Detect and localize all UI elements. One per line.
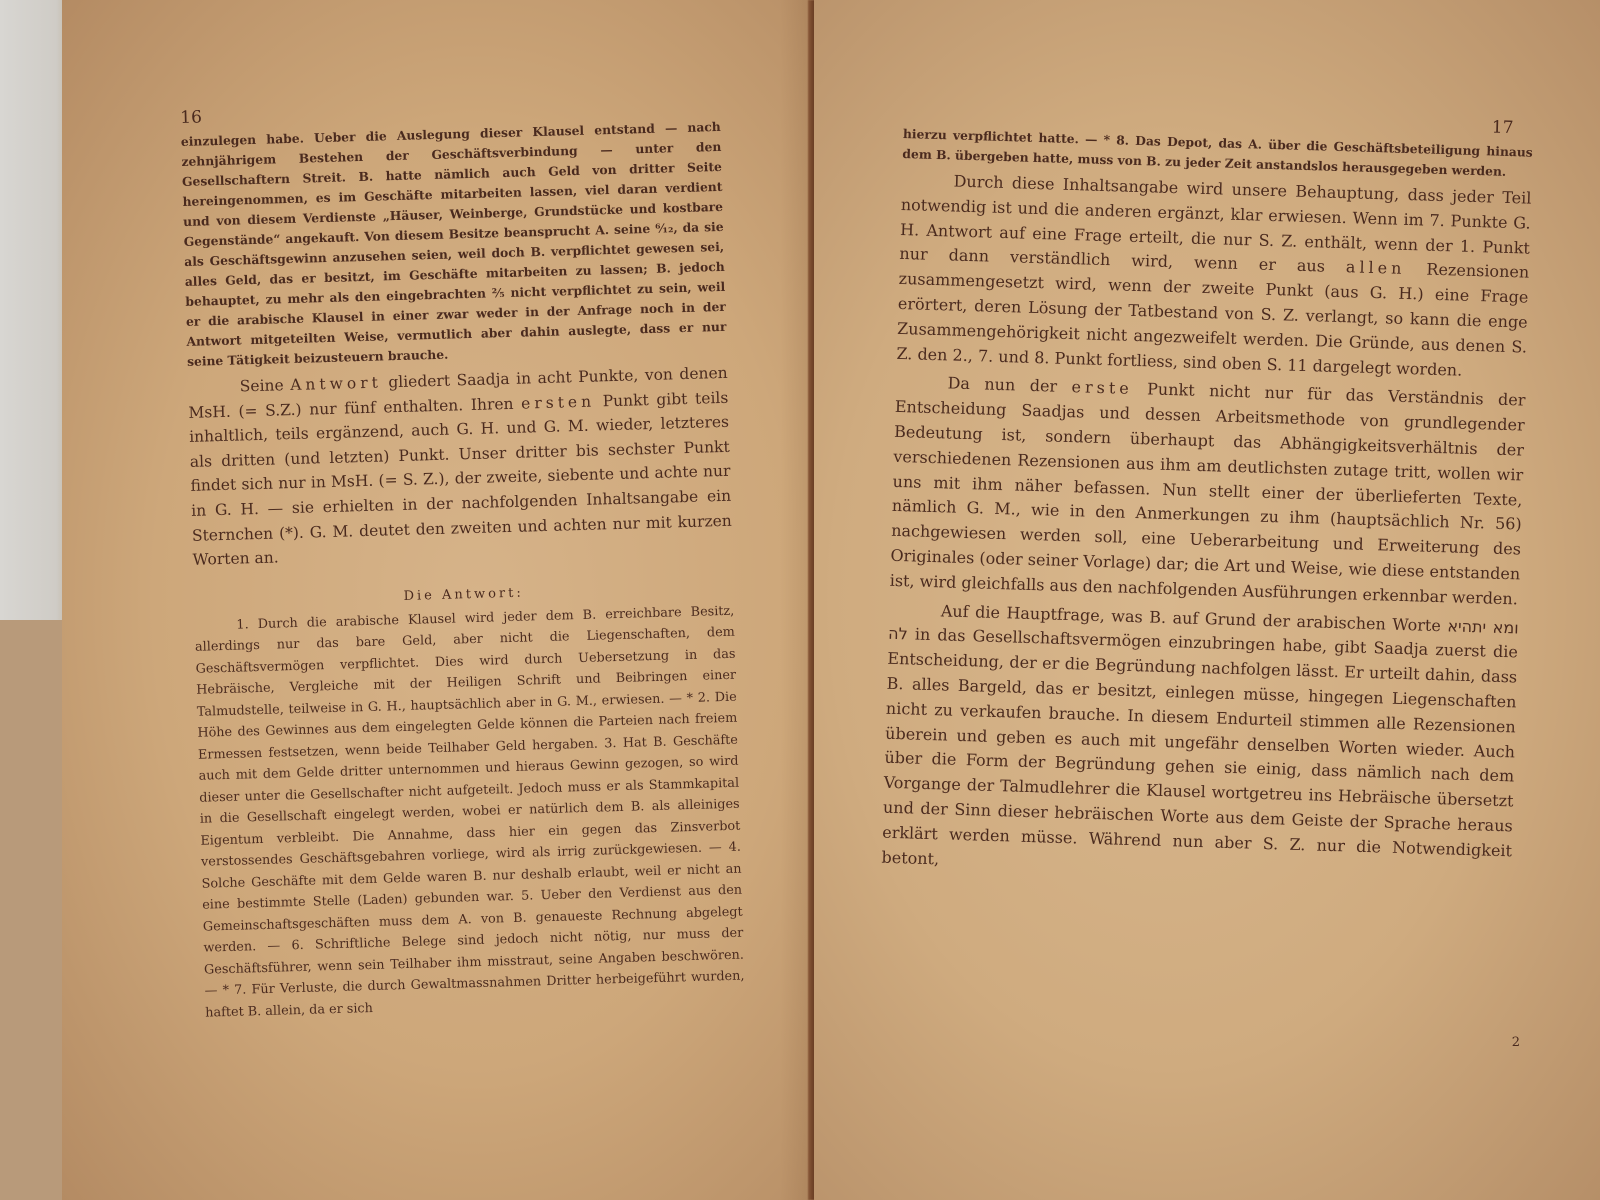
body-paragraph: Seine Antwort gliedert Saadja in acht Pu… [187, 361, 732, 573]
answer-summary: 1. Durch die arabische Klausel wird jede… [194, 600, 745, 1023]
left-page: 16 einzulegen habe. Ueber die Auslegung … [62, 0, 814, 1200]
continuation-paragraph: einzulegen habe. Ueber die Auslegung die… [181, 117, 727, 372]
body-paragraph: Durch diese Inhaltsangabe wird unsere Be… [896, 168, 1532, 385]
left-page-text: 16 einzulegen habe. Ueber die Auslegung … [180, 93, 745, 1024]
body-paragraph: Da nun der erste Punkt nicht nur für das… [889, 370, 1525, 612]
background-surface [0, 0, 70, 620]
gutter-shadow [780, 0, 810, 1200]
emphasis-spaced: ersten [521, 392, 595, 412]
emphasis-spaced: erste [1071, 377, 1133, 398]
emphasis-spaced: Antwort [290, 373, 382, 394]
right-page-text: 17 hierzu verpflichtet hatte. — * 8. Das… [881, 100, 1534, 889]
body-paragraph: Auf die Hauptfrage, was B. auf Grund der… [881, 597, 1519, 888]
signature-mark: 2 [1512, 1035, 1520, 1050]
emphasis-spaced: allen [1346, 258, 1406, 279]
right-page: 17 hierzu verpflichtet hatte. — * 8. Das… [814, 0, 1600, 1200]
